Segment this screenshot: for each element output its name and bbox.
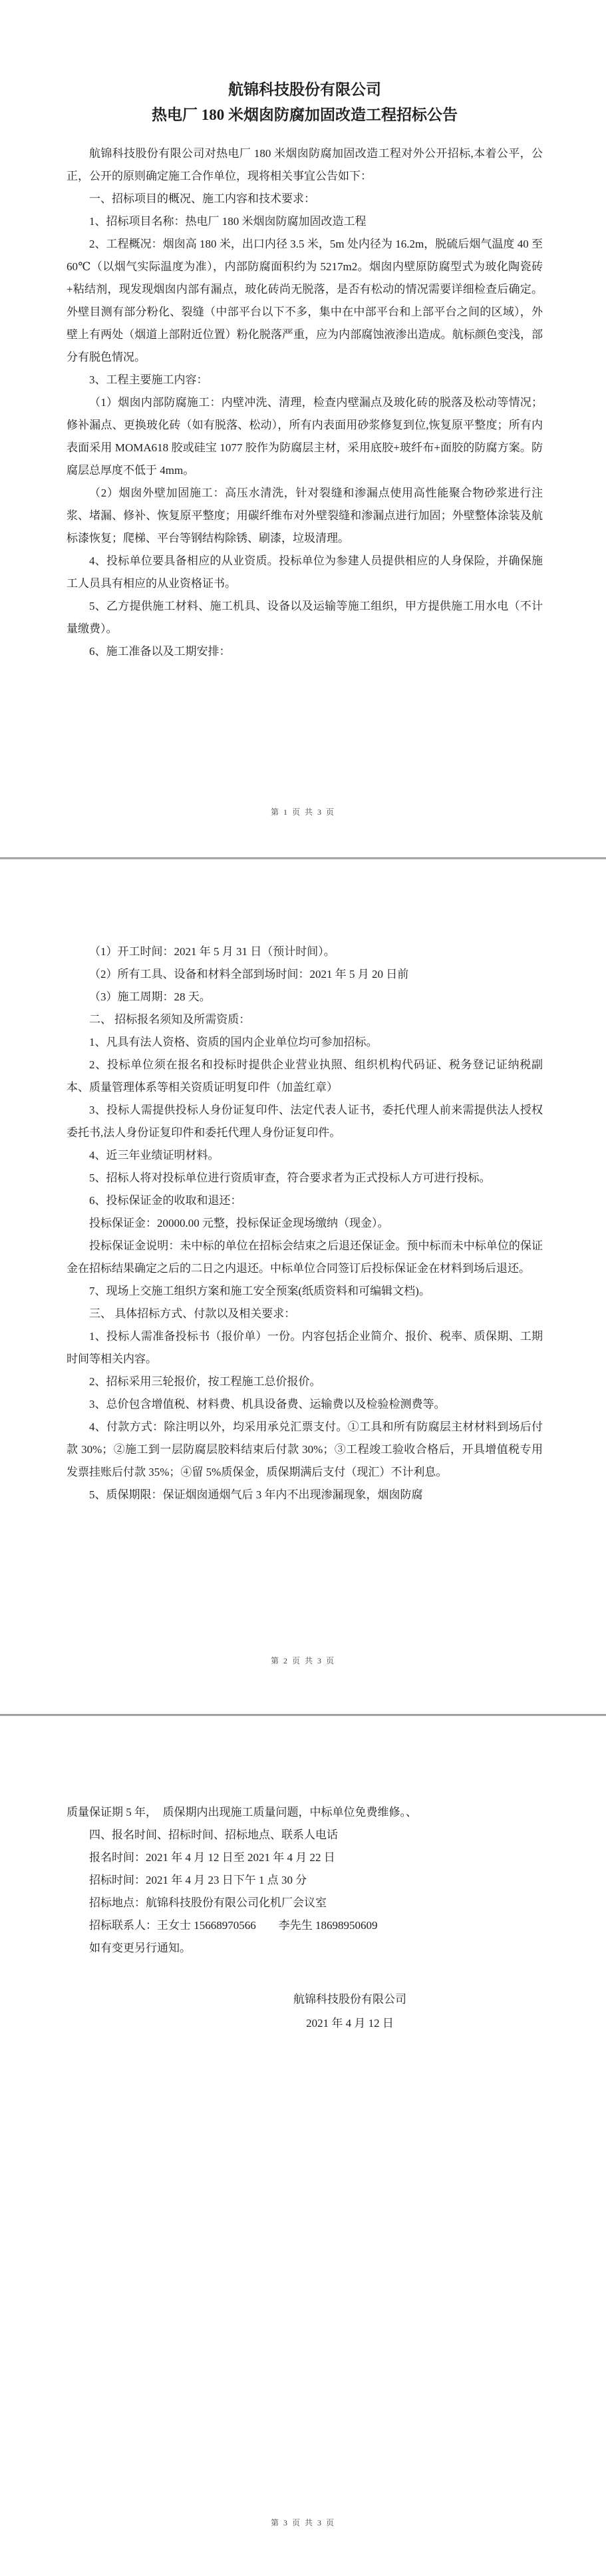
paragraph: 招标地点：航锦科技股份有限公司化机厂会议室	[67, 1892, 543, 1914]
page-2-content: （1）开工时间：2021 年 5 月 31 日（预计时间）。（2）所有工具、设备…	[67, 859, 543, 1506]
paragraph: （2）烟囱外壁加固施工：高压水清洗，针对裂缝和渗漏点使用高性能聚合物砂浆进行注浆…	[67, 482, 543, 550]
title-block: 航锦科技股份有限公司 热电厂 180 米烟囱防腐加固改造工程招标公告	[67, 77, 543, 128]
paragraph: 招标时间：2021 年 4 月 23 日下午 1 点 30 分	[67, 1869, 543, 1892]
document-title-project: 热电厂 180 米烟囱防腐加固改造工程招标公告	[67, 103, 543, 128]
paragraph: 6、投标保证金的收取和退还：	[67, 1189, 543, 1212]
paragraph: 招标联系人：王女士 15668970566 李先生 18698950609	[67, 1914, 543, 1937]
paragraph: 三、 具体招标方式、付款以及相关要求：	[67, 1303, 543, 1325]
paragraph: 5、招标人将对投标单位进行资质审查，符合要求者为正式投标人方可进行投标。	[67, 1167, 543, 1189]
paragraph: 2、投标单位须在报名和投标时提供企业营业执照、组织机构代码证、税务登记证纳税副本…	[67, 1054, 543, 1099]
page-3-paragraphs: 质量保证期 5 年， 质保期内出现施工质量问题，中标单位免费维修。、四、报名时间…	[67, 1801, 543, 1960]
paragraph: 1、凡具有法人资格、资质的国内企业单位均可参加招标。	[67, 1031, 543, 1054]
paragraph: 1、招标项目名称：热电厂 180 米烟囱防腐加固改造工程	[67, 210, 543, 233]
paragraph: 4、近三年业绩证明材料。	[67, 1144, 543, 1167]
paragraph: 航锦科技股份有限公司对热电厂 180 米烟囱防腐加固改造工程对外公开招标,本着公…	[67, 142, 543, 188]
paragraph: 报名时间：2021 年 4 月 12 日至 2021 年 4 月 22 日	[67, 1846, 543, 1869]
paragraph: （1）开工时间：2021 年 5 月 31 日（预计时间）。	[67, 941, 543, 963]
page-1-content: 航锦科技股份有限公司 热电厂 180 米烟囱防腐加固改造工程招标公告 航锦科技股…	[67, 0, 543, 663]
paragraph: 投标保证金：20000.00 元整，投标保证金现场缴纳（现金）。	[67, 1212, 543, 1235]
paragraph: （1）烟囱内部防腐施工：内壁冲洗、清理，检查内壁漏点及玻化砖的脱落及松动等情况；…	[67, 391, 543, 482]
document-title-company: 航锦科技股份有限公司	[67, 77, 543, 103]
paragraph: 一、招标项目的概况、施工内容和技术要求：	[67, 188, 543, 210]
paragraph: 如有变更另行通知。	[67, 1937, 543, 1960]
page-2-footer: 第 2 页 共 3 页	[0, 1655, 606, 1666]
paragraph: 5、乙方提供施工材料、施工机具、设备以及运输等施工组织，甲方提供施工用水电（不计…	[67, 595, 543, 640]
paragraph: （3）施工周期：28 天。	[67, 986, 543, 1008]
paragraph: 质量保证期 5 年， 质保期内出现施工质量问题，中标单位免费维修。、	[67, 1801, 543, 1824]
paragraph: 1、投标人需准备投标书（报价单）一份。内容包括企业简介、报价、税率、质保期、工期…	[67, 1325, 543, 1371]
paragraph: 6、施工准备以及工期安排：	[67, 640, 543, 663]
paragraph: 投标保证金说明：未中标的单位在招标会结束之后退还保证金。预中标而未中标单位的保证…	[67, 1235, 543, 1280]
page-1-footer: 第 1 页 共 3 页	[0, 806, 606, 817]
page-3-content: 质量保证期 5 年， 质保期内出现施工质量问题，中标单位免费维修。、四、报名时间…	[67, 1716, 543, 2036]
paragraph: （2）所有工具、设备和材料全部到场时间：2021 年 5 月 20 日前	[67, 963, 543, 986]
signature-block: 航锦科技股份有限公司 2021 年 4 月 12 日	[237, 1988, 463, 2036]
paragraph: 2、招标采用三轮报价，按工程施工总价报价。	[67, 1371, 543, 1393]
paragraph: 5、质保期限：保证烟囱通烟气后 3 年内不出现渗漏现象，烟囱防腐	[67, 1484, 543, 1506]
paragraph: 2、工程概况：烟囱高 180 米，出口内径 3.5 米，5m 处内径为 16.2…	[67, 233, 543, 369]
page-1-paragraphs: 航锦科技股份有限公司对热电厂 180 米烟囱防腐加固改造工程对外公开招标,本着公…	[67, 142, 543, 663]
document: 航锦科技股份有限公司 热电厂 180 米烟囱防腐加固改造工程招标公告 航锦科技股…	[0, 0, 606, 2576]
signature-company: 航锦科技股份有限公司	[237, 1988, 463, 2012]
paragraph: 4、付款方式：除注明以外，均采用承兑汇票支付。①工具和所有防腐层主材材料到场后付…	[67, 1416, 543, 1484]
page-3-footer: 第 3 页 共 3 页	[0, 2517, 606, 2528]
document-page-2: （1）开工时间：2021 年 5 月 31 日（预计时间）。（2）所有工具、设备…	[0, 859, 606, 1714]
paragraph: 4、投标单位要具备相应的从业资质。投标单位为参建人员提供相应的人身保险，并确保施…	[67, 550, 543, 595]
paragraph: 四、报名时间、招标时间、招标地点、联系人电话	[67, 1824, 543, 1846]
paragraph: 3、工程主要施工内容：	[67, 369, 543, 391]
page-2-paragraphs: （1）开工时间：2021 年 5 月 31 日（预计时间）。（2）所有工具、设备…	[67, 941, 543, 1506]
paragraph: 二、 招标报名须知及所需资质：	[67, 1008, 543, 1031]
paragraph: 3、总价包含增值税、材料费、机具设备费、运输费以及检验检测费等。	[67, 1393, 543, 1416]
signature-date: 2021 年 4 月 12 日	[237, 2012, 463, 2036]
paragraph: 7、现场上交施工组织方案和施工安全预案(纸质资料和可编辑文档)。	[67, 1280, 543, 1303]
paragraph: 3、投标人需提供投标人身份证复印件、法定代表人证书，委托代理人前来需提供法人授权…	[67, 1099, 543, 1144]
document-page-1: 航锦科技股份有限公司 热电厂 180 米烟囱防腐加固改造工程招标公告 航锦科技股…	[0, 0, 606, 857]
document-page-3: 质量保证期 5 年， 质保期内出现施工质量问题，中标单位免费维修。、四、报名时间…	[0, 1716, 606, 2576]
